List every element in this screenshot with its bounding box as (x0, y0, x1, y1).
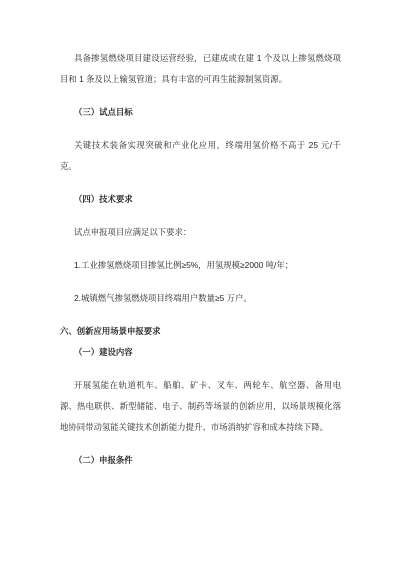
heading-application-conditions: （二）申报条件 (60, 450, 341, 471)
paragraph-pilot-goals-body: 关键技术装备实现突破和产业化应用，终端用氢价格不高于 25 元/千克。 (60, 135, 341, 177)
paragraph-requirement-item-1: 1.工业掺氢燃烧项目掺氢比例≥5%，用氢规模≥2000 吨/年； (60, 255, 341, 276)
paragraph-requirements-intro: 试点申报项目应满足以下要求： (60, 222, 341, 243)
heading-technical-requirements: （四）技术要求 (60, 189, 341, 210)
heading-construction-content: （一）建设内容 (60, 342, 341, 363)
heading-section-six: 六、创新应用场景申报要求 (60, 321, 341, 342)
document-page: 具备掺氢燃烧项目建设运营经验，已建成或在建 1 个及以上掺氢燃烧项目和 1 条及… (0, 0, 400, 565)
paragraph-pilot-experience: 具备掺氢燃烧项目建设运营经验，已建成或在建 1 个及以上掺氢燃烧项目和 1 条及… (60, 48, 341, 90)
heading-pilot-goals: （三）试点目标 (60, 102, 341, 123)
document-content: 具备掺氢燃烧项目建设运营经验，已建成或在建 1 个及以上掺氢燃烧项目和 1 条及… (0, 0, 400, 565)
paragraph-requirement-item-2: 2.城镇燃气掺氢燃烧项目终端用户数量≥5 万户。 (60, 288, 341, 309)
paragraph-innovation-scenarios: 开展氢能在轨道机车、船舶、矿卡、叉车、两轮车、航空器、备用电源、热电联供、新型储… (60, 375, 341, 438)
